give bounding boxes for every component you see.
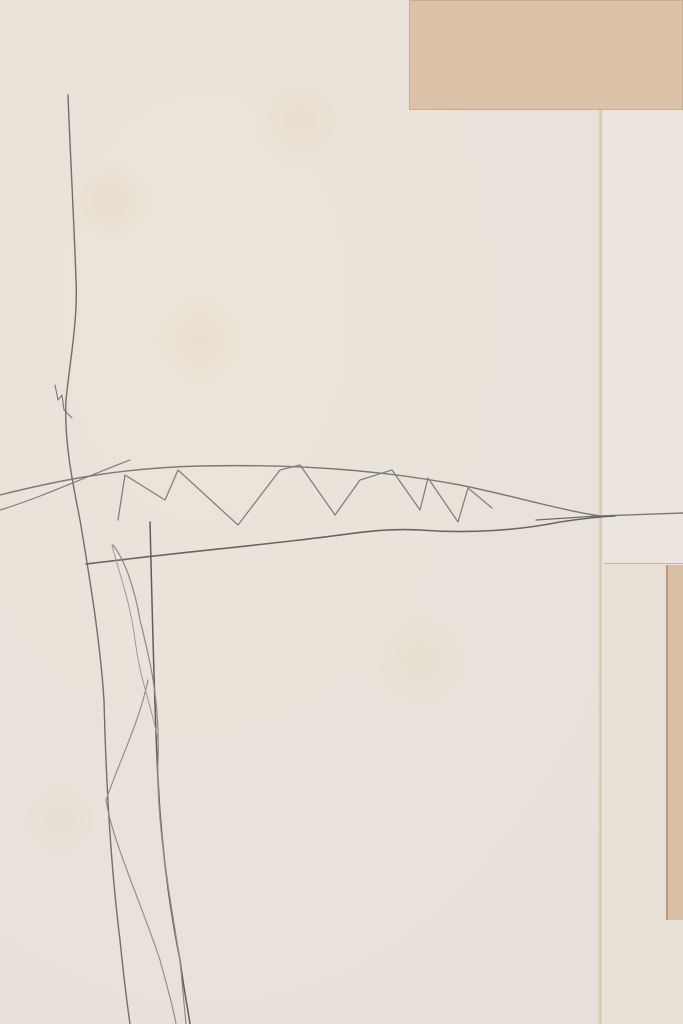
wavy-line-2 [106,680,176,1024]
wavy-line-1 [113,545,186,1024]
horizontal-line-upper [0,466,683,516]
pencil-sketch [0,0,683,1024]
artwork [0,0,683,1024]
horizontal-line-left-stub [0,460,130,510]
horizontal-line-lower [86,516,615,564]
scribble-mark [55,385,72,418]
zigzag-line [118,465,492,525]
